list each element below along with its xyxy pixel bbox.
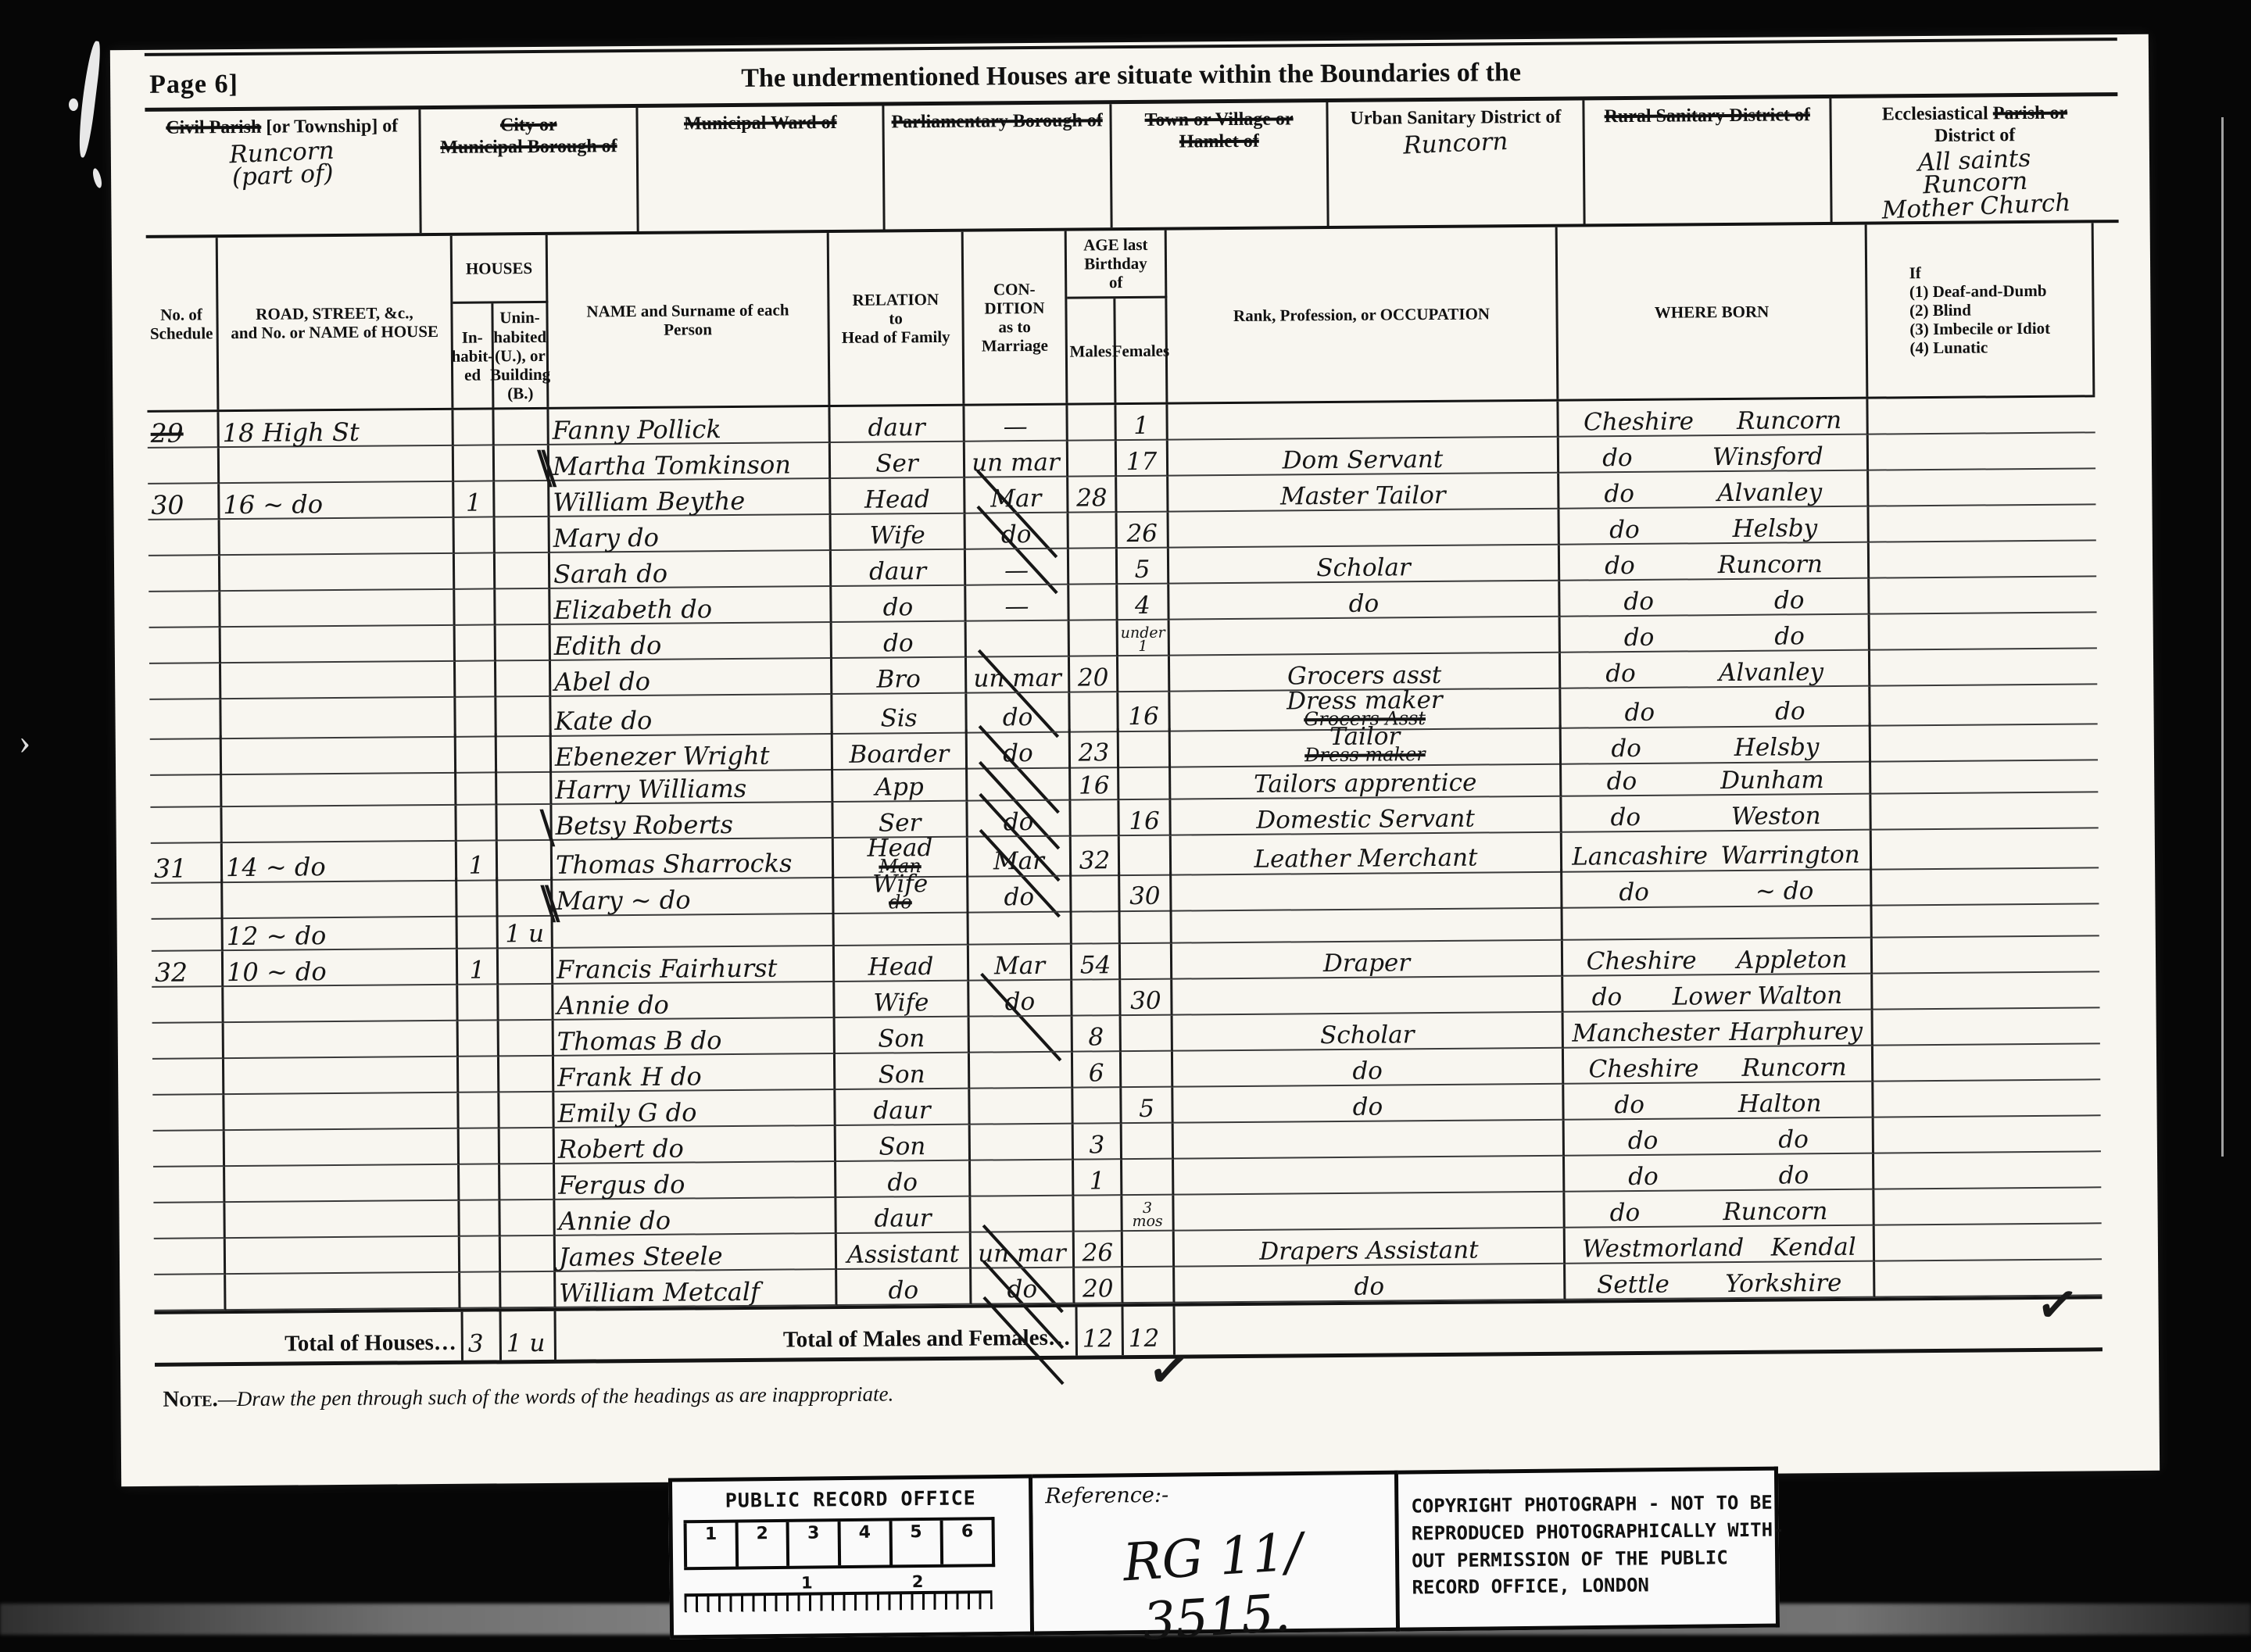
born-county: do bbox=[1611, 738, 1641, 761]
cell-inhabited bbox=[460, 1237, 501, 1273]
cell-condition: do bbox=[967, 693, 1070, 734]
cell-age-female bbox=[1122, 1016, 1173, 1053]
born-county: do bbox=[1610, 806, 1641, 830]
cell-condition: do bbox=[969, 981, 1072, 1017]
column-header-schedule: No. of Schedule bbox=[146, 238, 220, 410]
cell-infirmity bbox=[1869, 433, 2095, 470]
cell-infirmity bbox=[1875, 1224, 2102, 1261]
cell-relation: Son bbox=[836, 1053, 970, 1090]
district-cell: City or Municipal Borough of bbox=[421, 108, 639, 233]
cell-inhabited bbox=[456, 734, 497, 774]
cell-inhabited bbox=[460, 1273, 501, 1309]
cell-road bbox=[221, 626, 456, 663]
cell-occupation bbox=[1174, 1157, 1565, 1196]
cell-infirmity bbox=[1873, 936, 2099, 974]
cell-age-female bbox=[1122, 1052, 1173, 1089]
cell-infirmity bbox=[1872, 864, 2099, 906]
district-label-part: Urban Sanitary District of bbox=[1350, 107, 1561, 129]
born-place: do bbox=[1779, 1164, 1809, 1188]
cell-name: Emily G do bbox=[554, 1090, 836, 1128]
born-county: do bbox=[1605, 555, 1635, 578]
cell-name: \\Martha Tomkinson bbox=[549, 443, 831, 481]
born-county: do bbox=[1602, 447, 1633, 470]
cell-infirmity bbox=[1872, 900, 2099, 938]
column-header-males: Males bbox=[1067, 299, 1116, 403]
cell-name: Mary do bbox=[550, 515, 832, 553]
reference-box: Reference:- RG 11/ 3515. bbox=[1032, 1471, 1400, 1636]
cell-age-male bbox=[1069, 585, 1118, 620]
district-label-part: Parliamentary Borough of bbox=[891, 110, 1102, 132]
cell-road bbox=[221, 662, 456, 699]
cell-occupation bbox=[1174, 1121, 1565, 1160]
district-cell: Parliamentary Borough of bbox=[885, 104, 1112, 229]
cell-relation bbox=[834, 910, 968, 946]
cell-inhabited bbox=[460, 1129, 500, 1165]
cell-relation: Head bbox=[835, 946, 969, 982]
cell-occupation: Master Tailor bbox=[1168, 474, 1559, 513]
cell-born: dodo bbox=[1565, 1118, 1874, 1157]
cell-condition bbox=[971, 1196, 1074, 1233]
cell-inhabited bbox=[458, 985, 499, 1021]
cell-name: Frank H do bbox=[554, 1054, 836, 1092]
cell-occupation bbox=[1174, 1193, 1565, 1232]
cell-uninhabited bbox=[496, 697, 551, 737]
cell-schedule bbox=[149, 592, 220, 628]
born-place: Runcorn bbox=[1741, 1057, 1846, 1080]
district-label-part: Municipal Ward of bbox=[684, 113, 837, 134]
cell-born: doHelsby bbox=[1559, 507, 1869, 545]
cell-born: doRuncorn bbox=[1560, 543, 1870, 581]
cell-condition: — bbox=[964, 406, 1068, 442]
cell-born: doWeston bbox=[1562, 795, 1871, 833]
cell-relation: Son bbox=[836, 1017, 970, 1054]
cell-road: 14 ~ do bbox=[223, 842, 457, 883]
cell-infirmity bbox=[1872, 828, 2099, 870]
note-text: Note.—Draw the pen through such of the w… bbox=[155, 1371, 2128, 1413]
born-place: Harphurey bbox=[1729, 1020, 1863, 1044]
cell-relation: Wife bbox=[832, 514, 966, 551]
cell-condition: do bbox=[968, 729, 1071, 770]
column-header-born: WHERE BORN bbox=[1558, 225, 1869, 399]
cell-age-female: 30 bbox=[1120, 872, 1172, 912]
cell-schedule bbox=[153, 1167, 225, 1203]
cell-road bbox=[225, 1165, 460, 1203]
cell-infirmity bbox=[1869, 505, 2095, 542]
district-value: All saints Runcorn Mother Church bbox=[1831, 144, 2119, 225]
film-edge-line bbox=[2221, 117, 2224, 1157]
cell-born: doRuncorn bbox=[1565, 1190, 1874, 1228]
cell-name: Fanny Pollick bbox=[549, 407, 830, 445]
pro-ruler-inch: 1 bbox=[684, 1523, 735, 1568]
cell-condition: un mar bbox=[967, 657, 1070, 694]
cell-age-male bbox=[1071, 800, 1119, 836]
cell-occupation bbox=[1168, 402, 1559, 441]
cell-age-female bbox=[1122, 1160, 1174, 1196]
cell-inhabited bbox=[456, 806, 497, 842]
district-label: Civil Parish [or Township] of bbox=[145, 116, 420, 139]
copyright-box: COPYRIGHT PHOTOGRAPH - NOT TO BEREPRODUC… bbox=[1398, 1467, 1780, 1632]
cell-age-male bbox=[1068, 441, 1117, 477]
cell-born: CheshireRuncorn bbox=[1564, 1046, 1873, 1085]
pro-ruler-inch: 6 bbox=[940, 1520, 992, 1564]
cell-relation: Boarder bbox=[833, 730, 968, 771]
cell-condition: do bbox=[968, 801, 1071, 838]
pro-stamp: PUBLIC RECORD OFFICE 123456 1 2 Referenc… bbox=[668, 1467, 1780, 1639]
cell-schedule bbox=[149, 556, 220, 592]
district-cell: Civil Parish [or Township] ofRuncorn (pa… bbox=[145, 109, 422, 235]
cell-name: Sarah do bbox=[550, 551, 832, 589]
cell-uninhabited bbox=[497, 733, 552, 773]
cell-age-male bbox=[1072, 908, 1120, 944]
born-place: Helsby bbox=[1734, 737, 1820, 760]
cell-condition: do bbox=[968, 873, 1072, 914]
cell-uninhabited bbox=[499, 1021, 554, 1057]
cell-name: Thomas B do bbox=[554, 1018, 836, 1057]
cell-age-female bbox=[1120, 908, 1172, 945]
cell-uninhabited bbox=[496, 625, 551, 662]
district-label: Urban Sanitary District of bbox=[1329, 106, 1583, 130]
cell-occupation bbox=[1169, 510, 1560, 549]
totals-males: 12 bbox=[1075, 1307, 1123, 1355]
born-place: do bbox=[1774, 589, 1805, 613]
column-header-occupation: Rank, Profession, or OCCUPATION bbox=[1167, 227, 1559, 402]
born-county: do bbox=[1624, 702, 1655, 725]
cell-schedule bbox=[152, 1023, 224, 1060]
cell-name: Abel do bbox=[551, 659, 832, 697]
film-speck bbox=[69, 98, 78, 111]
cell-born: doAlvanley bbox=[1559, 471, 1869, 510]
born-county: Cheshire bbox=[1584, 410, 1694, 434]
cell-born: dodo bbox=[1561, 615, 1870, 653]
cell-infirmity bbox=[1870, 541, 2096, 578]
born-place: Yorkshire bbox=[1725, 1272, 1841, 1296]
cell-born: SettleYorkshire bbox=[1566, 1262, 1875, 1300]
cell-age-female: under 1 bbox=[1118, 620, 1170, 657]
cell-infirmity bbox=[1873, 1008, 2100, 1046]
cell-infirmity bbox=[1871, 792, 2098, 830]
cell-infirmity bbox=[1871, 756, 2098, 794]
cell-infirmity bbox=[1870, 685, 2097, 726]
district-label-part: Rural Sanitary District of bbox=[1605, 105, 1810, 127]
cell-uninhabited bbox=[496, 553, 550, 590]
cell-schedule bbox=[151, 879, 223, 919]
household-mark: \\ bbox=[537, 454, 546, 481]
copyright-line: REPRODUCED PHOTOGRAPHICALLY WITH- bbox=[1412, 1517, 1763, 1547]
copyright-line: OUT PERMISSION OF THE PUBLIC bbox=[1412, 1543, 1763, 1574]
cell-infirmity bbox=[1874, 1188, 2101, 1225]
born-county: Manchester bbox=[1572, 1021, 1719, 1046]
cell-inhabited bbox=[456, 626, 496, 662]
cell-age-male: 28 bbox=[1068, 477, 1117, 513]
born-county: do bbox=[1604, 483, 1634, 506]
born-place: Kendal bbox=[1771, 1235, 1856, 1259]
totals-mf-label: Total of Males and Females… bbox=[556, 1307, 1075, 1360]
cell-condition bbox=[970, 1017, 1073, 1053]
cell-inhabited: 1 bbox=[454, 482, 495, 518]
born-place: Warrington bbox=[1720, 844, 1859, 868]
cell-infirmity bbox=[1874, 1116, 2101, 1153]
cell-age-female: 5 bbox=[1122, 1088, 1173, 1125]
cell-born: doHalton bbox=[1564, 1082, 1873, 1121]
cell-relation: App bbox=[833, 766, 968, 803]
cell-born: doDunham bbox=[1562, 759, 1871, 797]
cell-road bbox=[222, 770, 456, 807]
cell-uninhabited bbox=[499, 949, 553, 985]
cell-infirmity bbox=[1873, 1044, 2100, 1082]
cell-inhabited bbox=[454, 446, 495, 482]
copyright-line: COPYRIGHT PHOTOGRAPH - NOT TO BE bbox=[1411, 1489, 1762, 1520]
film-background: { "page": { "page_label": "Page 6]", "ti… bbox=[0, 0, 2251, 1652]
cell-occupation bbox=[1172, 977, 1563, 1016]
table-body: 2918 High StFanny Pollickdaur—1CheshireR… bbox=[147, 397, 2102, 1311]
cell-infirmity bbox=[1870, 577, 2096, 614]
column-header-condition: CON- DITION as to Marriage bbox=[964, 231, 1068, 404]
cell-condition: Mar bbox=[969, 945, 1072, 982]
born-place: Lower Walton bbox=[1673, 985, 1843, 1009]
cell-road: 10 ~ do bbox=[224, 949, 458, 987]
cell-relation: Bro bbox=[832, 658, 967, 695]
cell-name: Francis Fairhurst bbox=[553, 946, 835, 985]
born-place: Runcorn bbox=[1723, 1200, 1827, 1224]
cell-uninhabited bbox=[500, 1128, 555, 1165]
pro-ruler-inch: 2 bbox=[735, 1522, 786, 1567]
cell-relation: daur bbox=[830, 406, 964, 443]
cell-inhabited bbox=[458, 914, 499, 949]
column-header-houses: HOUSES bbox=[453, 235, 549, 304]
born-county: do bbox=[1623, 590, 1654, 613]
cell-relation: daur bbox=[836, 1089, 970, 1126]
cell-age-male: 32 bbox=[1072, 836, 1120, 876]
cell-born: doLower Walton bbox=[1563, 974, 1873, 1013]
cell-name: Harry Williams bbox=[552, 767, 833, 805]
cell-relation: Wifedo bbox=[834, 874, 968, 914]
born-place: Alvanley bbox=[1717, 481, 1822, 505]
cell-infirmity bbox=[1868, 397, 2095, 434]
cell-born: doWinsford bbox=[1559, 435, 1869, 474]
cell-age-female bbox=[1123, 1232, 1175, 1268]
born-county: Settle bbox=[1597, 1273, 1669, 1296]
cell-schedule bbox=[152, 987, 224, 1024]
cell-road bbox=[226, 1273, 460, 1311]
cell-road bbox=[220, 554, 455, 592]
cell-uninhabited bbox=[499, 1057, 554, 1093]
cell-uninhabited bbox=[499, 985, 553, 1021]
cell-schedule bbox=[152, 1095, 224, 1132]
cell-occupation: Draper bbox=[1172, 941, 1563, 980]
cell-condition: do bbox=[972, 1268, 1075, 1305]
relation-stack: Wifedo bbox=[872, 874, 928, 910]
cell-age-female: 4 bbox=[1118, 585, 1169, 621]
occupation-stack: TailorDress maker bbox=[1304, 726, 1426, 763]
cell-age-male bbox=[1069, 549, 1118, 585]
cell-schedule bbox=[148, 448, 220, 485]
cell-age-female bbox=[1122, 1124, 1174, 1160]
column-header-name: NAME and Surname of each Person bbox=[548, 233, 831, 407]
cell-occupation: Scholar bbox=[1173, 1013, 1564, 1052]
cell-age-female bbox=[1123, 1268, 1175, 1304]
cell-age-female: 5 bbox=[1118, 549, 1169, 585]
pro-ruler-inch: 5 bbox=[889, 1521, 940, 1565]
cell-inhabited bbox=[456, 698, 496, 738]
district-cell: Town or Village or Hamlet of bbox=[1111, 102, 1329, 227]
cell-born: dodo bbox=[1560, 579, 1870, 617]
born-county: Westmorland bbox=[1582, 1237, 1744, 1261]
born-county: Cheshire bbox=[1587, 949, 1697, 974]
cell-relation: Ser bbox=[833, 802, 968, 839]
cell-road bbox=[221, 698, 456, 739]
column-header-relation: RELATION to Head of Family bbox=[829, 232, 965, 405]
cell-relation: do bbox=[837, 1269, 972, 1306]
cell-schedule: 29 bbox=[147, 412, 219, 449]
born-county: do bbox=[1628, 1129, 1659, 1153]
born-place: Runcorn bbox=[1737, 409, 1841, 433]
district-label-part: Parish or bbox=[1993, 103, 2068, 124]
cell-name: Edith do bbox=[551, 623, 832, 661]
cell-infirmity bbox=[1869, 469, 2095, 506]
film-speck bbox=[91, 167, 103, 188]
cell-condition: un mar bbox=[965, 442, 1068, 478]
district-label: Rural Sanitary District of bbox=[1585, 105, 1830, 128]
born-county: do bbox=[1607, 771, 1637, 794]
cell-inhabited bbox=[459, 1057, 499, 1093]
pro-ruler-inches: 123456 bbox=[684, 1517, 995, 1570]
district-cell: Urban Sanitary District ofRuncorn bbox=[1329, 100, 1586, 226]
cell-born: doAlvanley bbox=[1561, 651, 1870, 689]
born-place: do bbox=[1775, 701, 1805, 724]
cell-schedule bbox=[150, 771, 222, 808]
district-label-part: City or Municipal Borough of bbox=[440, 115, 617, 158]
cell-schedule: 30 bbox=[148, 484, 220, 520]
cell-inhabited: 1 bbox=[458, 949, 499, 985]
born-county: do bbox=[1624, 626, 1655, 649]
cell-age-male: 6 bbox=[1073, 1052, 1122, 1088]
cell-schedule bbox=[154, 1239, 226, 1275]
pro-ruler-inch: 3 bbox=[786, 1521, 838, 1566]
pro-ruler-box: PUBLIC RECORD OFFICE 123456 1 2 bbox=[668, 1475, 1034, 1639]
cell-condition bbox=[967, 621, 1070, 658]
census-page: Page 6] The undermentioned Houses are si… bbox=[110, 34, 2160, 1486]
district-label: Municipal Ward of bbox=[638, 113, 882, 136]
cell-name: Fergus do bbox=[555, 1162, 836, 1200]
born-county: do bbox=[1619, 881, 1649, 905]
cell-road bbox=[220, 446, 454, 484]
cell-inhabited: 1 bbox=[457, 842, 498, 881]
reference-value: RG 11/ 3515. bbox=[1043, 1517, 1387, 1652]
cell-uninhabited: 1 u bbox=[499, 913, 553, 949]
cell-relation: daur bbox=[836, 1197, 971, 1234]
cell-born: WestmorlandKendal bbox=[1566, 1226, 1875, 1264]
cell-infirmity bbox=[1874, 1152, 2101, 1189]
cell-inhabited bbox=[455, 518, 496, 554]
cell-relation: Assistant bbox=[837, 1233, 972, 1270]
reference-label: Reference:- bbox=[1045, 1481, 1382, 1509]
cell-relation: Son bbox=[836, 1125, 971, 1162]
born-place: Helsby bbox=[1733, 517, 1818, 541]
cell-age-male: 23 bbox=[1071, 728, 1119, 768]
district-label: Parliamentary Borough of bbox=[885, 110, 1109, 134]
column-header-age: AGE last Birthday of bbox=[1067, 231, 1168, 299]
cell-age-male bbox=[1074, 1196, 1122, 1232]
cell-infirmity bbox=[1873, 972, 2099, 1010]
cell-road bbox=[223, 878, 457, 919]
born-county: do bbox=[1609, 519, 1640, 542]
cell-age-male: 26 bbox=[1075, 1232, 1123, 1268]
cell-occupation: do bbox=[1175, 1264, 1566, 1303]
born-county: do bbox=[1605, 663, 1636, 686]
cell-condition: — bbox=[966, 585, 1069, 622]
cell-age-female: 17 bbox=[1117, 441, 1168, 477]
cell-name: Annie do bbox=[553, 982, 835, 1021]
cell-road bbox=[225, 1129, 460, 1167]
cell-road bbox=[222, 806, 456, 843]
cell-road bbox=[224, 1057, 459, 1095]
born-place: ~ do bbox=[1755, 881, 1814, 904]
cell-schedule bbox=[150, 735, 222, 775]
cell-schedule bbox=[149, 699, 221, 739]
cell-age-female bbox=[1120, 836, 1172, 876]
cell-occupation: Scholar bbox=[1169, 545, 1560, 585]
born-place: Winsford bbox=[1712, 445, 1823, 470]
column-header-infirmity: If (1) Deaf-and-Dumb (2) Blind (3) Imbec… bbox=[1867, 223, 2095, 396]
cell-age-male bbox=[1073, 1088, 1122, 1124]
born-place: Weston bbox=[1731, 805, 1821, 828]
cell-occupation: Domestic Servant bbox=[1171, 797, 1562, 836]
cell-age-male bbox=[1072, 980, 1121, 1016]
district-label-part: [or Township] of bbox=[261, 116, 398, 137]
born-county: Lancashire bbox=[1572, 846, 1708, 870]
cell-age-male: 16 bbox=[1071, 764, 1119, 800]
cell-relation: Head bbox=[831, 478, 965, 515]
totals-uninhabited: 1 u bbox=[502, 1311, 556, 1361]
cell-age-female: 30 bbox=[1121, 980, 1172, 1017]
born-place: Alvanley bbox=[1719, 661, 1823, 685]
cell-schedule bbox=[149, 520, 220, 556]
cell-schedule: 31 bbox=[151, 843, 223, 883]
cell-occupation: Dom Servant bbox=[1168, 438, 1559, 477]
cell-age-male bbox=[1069, 513, 1118, 549]
cell-inhabited bbox=[455, 554, 496, 590]
district-label: Town or Village or Hamlet of bbox=[1111, 109, 1326, 153]
cell-name bbox=[553, 910, 835, 949]
cell-age-male bbox=[1068, 405, 1116, 441]
cell-condition bbox=[971, 1160, 1074, 1197]
cell-occupation bbox=[1172, 905, 1562, 944]
relation-text: do bbox=[889, 895, 912, 911]
cell-age-female: 1 bbox=[1116, 405, 1168, 442]
cell-age-male bbox=[1070, 692, 1118, 732]
cell-road bbox=[224, 1093, 459, 1131]
cell-infirmity bbox=[1870, 649, 2097, 686]
cell-road bbox=[225, 1201, 460, 1239]
copyright-line: RECORD OFFICE, LONDON bbox=[1412, 1571, 1763, 1601]
cell-inhabited bbox=[459, 1093, 499, 1129]
totals-inhabited: 3 bbox=[461, 1312, 502, 1361]
cell-uninhabited bbox=[501, 1236, 556, 1273]
cell-occupation: do bbox=[1173, 1049, 1564, 1088]
district-label: City or Municipal Borough of bbox=[421, 114, 636, 159]
pro-ruler-cm-label: 1 bbox=[801, 1574, 813, 1593]
note-body: —Draw the pen through such of the words … bbox=[218, 1382, 894, 1411]
cell-condition: un mar bbox=[972, 1232, 1075, 1269]
born-county: do bbox=[1628, 1165, 1659, 1189]
cell-inhabited bbox=[460, 1201, 500, 1237]
cell-name: William Metcalf bbox=[556, 1270, 837, 1308]
cell-age-male: 1 bbox=[1074, 1160, 1122, 1196]
cell-road bbox=[224, 985, 458, 1023]
born-place: Halton bbox=[1738, 1092, 1822, 1116]
cell-uninhabited bbox=[496, 517, 550, 554]
cell-name: William Beythe bbox=[549, 479, 831, 517]
